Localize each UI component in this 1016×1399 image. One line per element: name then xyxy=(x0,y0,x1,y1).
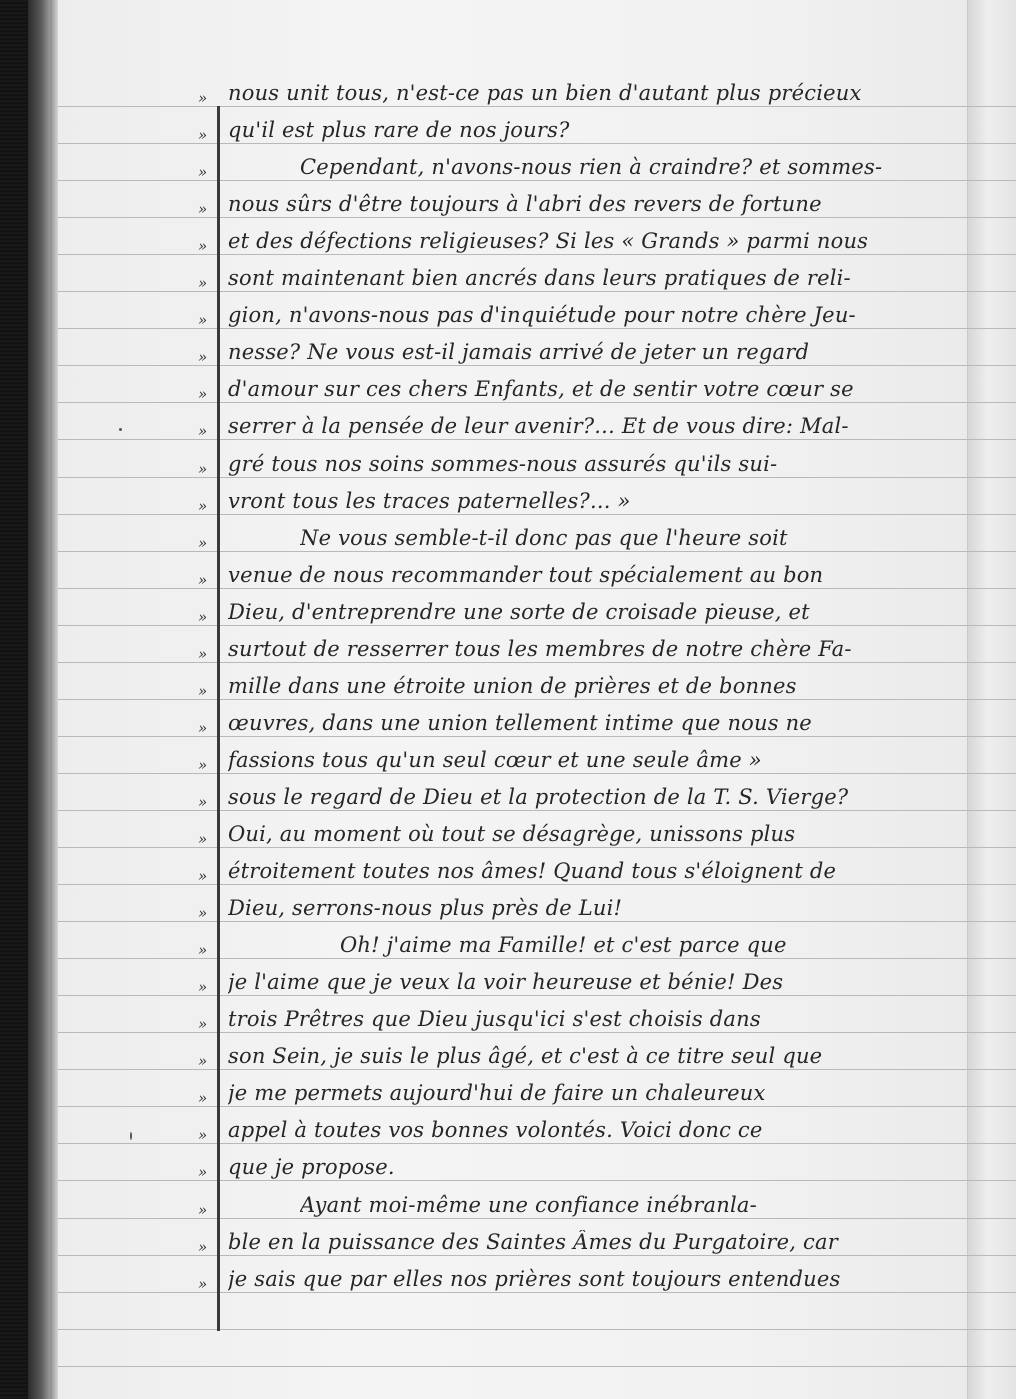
rule-line xyxy=(58,1366,1016,1367)
manuscript-line: »appel à toutes vos bonnes volontés. Voi… xyxy=(0,1106,1016,1143)
manuscript-line: »nous sûrs d'être toujours à l'abri des … xyxy=(0,180,1016,217)
ditto-mark: » xyxy=(198,1164,207,1180)
ink-mark xyxy=(130,1132,132,1140)
line-text: je l'aime que je veux la voir heureuse e… xyxy=(228,970,968,994)
ditto-mark: » xyxy=(198,683,207,699)
line-text: Ne vous semble-t-il donc pas que l'heure… xyxy=(300,526,968,550)
ditto-mark: » xyxy=(198,535,207,551)
ditto-mark: » xyxy=(198,831,207,847)
ditto-mark: » xyxy=(198,868,207,884)
ditto-mark: » xyxy=(198,1016,207,1032)
manuscript-line: »Oh! j'aime ma Famille! et c'est parce q… xyxy=(0,921,1016,958)
line-text: sous le regard de Dieu et la protection … xyxy=(228,785,968,809)
manuscript-line: »trois Prêtres que Dieu jusqu'ici s'est … xyxy=(0,995,1016,1032)
manuscript-line: »son Sein, je suis le plus âgé, et c'est… xyxy=(0,1032,1016,1069)
ditto-mark: » xyxy=(198,942,207,958)
ditto-mark: » xyxy=(198,275,207,291)
manuscript-line: »ble en la puissance des Saintes Âmes du… xyxy=(0,1218,1016,1255)
line-text: d'amour sur ces chers Enfants, et de sen… xyxy=(228,377,968,401)
line-text: œuvres, dans une union tellement intime … xyxy=(228,711,968,735)
ditto-mark: » xyxy=(198,794,207,810)
line-text: Ayant moi-même une confiance inébranla- xyxy=(300,1193,968,1217)
manuscript-line: »fassions tous qu'un seul cœur et une se… xyxy=(0,736,1016,773)
line-text: gion, n'avons-nous pas d'inquiétude pour… xyxy=(228,303,968,327)
manuscript-line: »surtout de resserrer tous les membres d… xyxy=(0,625,1016,662)
ditto-mark: » xyxy=(198,609,207,625)
ditto-mark: » xyxy=(198,979,207,995)
ink-speck xyxy=(119,428,122,431)
ditto-mark: » xyxy=(198,1276,207,1292)
ditto-mark: » xyxy=(198,757,207,773)
line-text: trois Prêtres que Dieu jusqu'ici s'est c… xyxy=(228,1007,968,1031)
manuscript-line: »que je propose. xyxy=(0,1143,1016,1180)
line-text: fassions tous qu'un seul cœur et une seu… xyxy=(228,748,968,772)
rule-line xyxy=(58,1329,1016,1330)
manuscript-line: »Oui, au moment où tout se désagrège, un… xyxy=(0,810,1016,847)
ditto-mark: » xyxy=(198,349,207,365)
ditto-mark: » xyxy=(198,127,207,143)
manuscript-line: »mille dans une étroite union de prières… xyxy=(0,662,1016,699)
ditto-mark: » xyxy=(198,572,207,588)
ditto-mark: » xyxy=(198,1090,207,1106)
ditto-mark: » xyxy=(198,90,207,106)
line-text: gré tous nos soins sommes-nous assurés q… xyxy=(228,452,968,476)
line-text: mille dans une étroite union de prières … xyxy=(228,674,968,698)
ditto-mark: » xyxy=(198,312,207,328)
line-text: ble en la puissance des Saintes Âmes du … xyxy=(228,1230,968,1254)
ditto-mark: » xyxy=(198,461,207,477)
manuscript-line: »Dieu, d'entreprendre une sorte de crois… xyxy=(0,588,1016,625)
ditto-mark: » xyxy=(198,498,207,514)
ditto-mark: » xyxy=(198,423,207,439)
line-text: Dieu, serrons-nous plus près de Lui! xyxy=(228,896,968,920)
manuscript-line: »Ayant moi-même une confiance inébranla- xyxy=(0,1181,1016,1218)
line-text: son Sein, je suis le plus âgé, et c'est … xyxy=(228,1044,968,1068)
manuscript-line: »venue de nous recommander tout spéciale… xyxy=(0,551,1016,588)
line-text: nous unit tous, n'est-ce pas un bien d'a… xyxy=(228,81,968,105)
manuscript-line: »je l'aime que je veux la voir heureuse … xyxy=(0,958,1016,995)
line-text: surtout de resserrer tous les membres de… xyxy=(228,637,968,661)
line-text: et des défections religieuses? Si les « … xyxy=(228,229,968,253)
line-text: vront tous les traces paternelles?... » xyxy=(228,489,968,513)
ditto-mark: » xyxy=(198,905,207,921)
manuscript-line: »serrer à la pensée de leur avenir?... E… xyxy=(0,402,1016,439)
manuscript-line: »étroitement toutes nos âmes! Quand tous… xyxy=(0,847,1016,884)
line-text: nous sûrs d'être toujours à l'abri des r… xyxy=(228,192,968,216)
manuscript-line: »Ne vous semble-t-il donc pas que l'heur… xyxy=(0,514,1016,551)
ditto-mark: » xyxy=(198,1127,207,1143)
line-text: venue de nous recommander tout spécialem… xyxy=(228,563,968,587)
ditto-mark: » xyxy=(198,201,207,217)
manuscript-line: »je me permets aujourd'hui de faire un c… xyxy=(0,1069,1016,1106)
ditto-mark: » xyxy=(198,1239,207,1255)
line-text: nesse? Ne vous est-il jamais arrivé de j… xyxy=(228,340,968,364)
manuscript-line: »qu'il est plus rare de nos jours? xyxy=(0,106,1016,143)
manuscript-line: »vront tous les traces paternelles?... » xyxy=(0,477,1016,514)
manuscript-line: »sous le regard de Dieu et la protection… xyxy=(0,773,1016,810)
ditto-mark: » xyxy=(198,646,207,662)
line-text: étroitement toutes nos âmes! Quand tous … xyxy=(228,859,968,883)
line-text: que je propose. xyxy=(228,1155,968,1179)
line-text: appel à toutes vos bonnes volontés. Voic… xyxy=(228,1118,968,1142)
line-text: Oui, au moment où tout se désagrège, uni… xyxy=(228,822,968,846)
manuscript-line: »œuvres, dans une union tellement intime… xyxy=(0,699,1016,736)
manuscript-line: »je sais que par elles nos prières sont … xyxy=(0,1255,1016,1292)
manuscript-line: »gion, n'avons-nous pas d'inquiétude pou… xyxy=(0,291,1016,328)
manuscript-line: »nous unit tous, n'est-ce pas un bien d'… xyxy=(0,69,1016,106)
ditto-mark: » xyxy=(198,386,207,402)
line-text: je me permets aujourd'hui de faire un ch… xyxy=(228,1081,968,1105)
line-text: qu'il est plus rare de nos jours? xyxy=(228,118,968,142)
manuscript-line: »Dieu, serrons-nous plus près de Lui! xyxy=(0,884,1016,921)
line-text: sont maintenant bien ancrés dans leurs p… xyxy=(228,266,968,290)
manuscript-line: »sont maintenant bien ancrés dans leurs … xyxy=(0,254,1016,291)
manuscript-line: »d'amour sur ces chers Enfants, et de se… xyxy=(0,365,1016,402)
manuscript-line: »gré tous nos soins sommes-nous assurés … xyxy=(0,440,1016,477)
line-text: Oh! j'aime ma Famille! et c'est parce qu… xyxy=(340,933,968,957)
manuscript-line: »nesse? Ne vous est-il jamais arrivé de … xyxy=(0,328,1016,365)
ditto-mark: » xyxy=(198,1053,207,1069)
line-text: Cependant, n'avons-nous rien à craindre?… xyxy=(300,155,968,179)
ditto-mark: » xyxy=(198,1202,207,1218)
manuscript-line: »et des défections religieuses? Si les «… xyxy=(0,217,1016,254)
line-text: serrer à la pensée de leur avenir?... Et… xyxy=(228,414,968,438)
ditto-mark: » xyxy=(198,164,207,180)
ditto-mark: » xyxy=(198,720,207,736)
line-text: Dieu, d'entreprendre une sorte de croisa… xyxy=(228,600,968,624)
line-text: je sais que par elles nos prières sont t… xyxy=(228,1267,968,1291)
manuscript-line: »Cependant, n'avons-nous rien à craindre… xyxy=(0,143,1016,180)
ditto-mark: » xyxy=(198,238,207,254)
